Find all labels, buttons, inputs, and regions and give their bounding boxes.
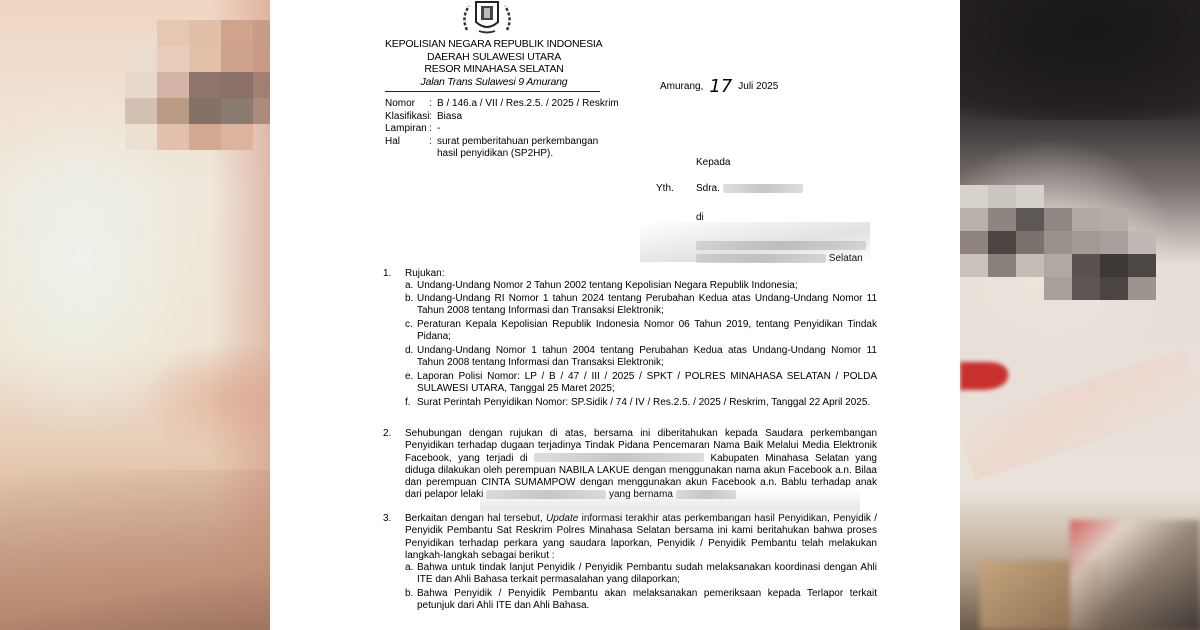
pixel-block: [1128, 231, 1156, 254]
item-letter: b.: [405, 293, 413, 305]
date-month-year: Juli 2025: [738, 81, 778, 92]
pixel-block: [1100, 277, 1128, 300]
item-letter: a.: [405, 562, 413, 574]
pixel-block: [988, 254, 1016, 277]
meta-key: Nomor: [385, 98, 429, 111]
meta-key: Lampiran: [385, 123, 429, 136]
item-letter: c.: [405, 319, 413, 331]
pixel-block: [1044, 231, 1072, 254]
section-title: Rujukan:: [405, 268, 877, 280]
right-censored-photo: [960, 0, 1200, 630]
recipient-sdra: Sdra.: [696, 183, 720, 194]
letter-date: Amurang, 17 Juli 2025: [660, 76, 778, 97]
item-letter: e.: [405, 371, 413, 383]
pixel-block: [960, 208, 988, 231]
pixel-block: [157, 124, 189, 150]
pixel-block: [189, 72, 221, 98]
pixel-block: [1016, 254, 1044, 277]
pixel-block: [960, 185, 988, 208]
letterhead-address: Jalan Trans Sulawesi 9 Amurang: [385, 76, 603, 89]
pixel-block: [125, 72, 157, 98]
pixel-block: [253, 46, 270, 72]
item-text: Laporan Polisi Nomor: LP / B / 47 / III …: [417, 371, 877, 396]
item-text: Bahwa untuk tindak lanjut Penyidik / Pen…: [417, 562, 877, 587]
pixel-block: [1072, 208, 1100, 231]
section-number: 2.: [383, 428, 391, 440]
pixel-block: [253, 20, 270, 46]
pixel-block: [189, 20, 221, 46]
pixel-block: [157, 46, 189, 72]
item-letter: f.: [405, 397, 411, 409]
pixel-block: [189, 124, 221, 150]
pixel-block: [221, 98, 253, 124]
pixel-block: [1100, 208, 1128, 231]
pixel-block: [125, 98, 157, 124]
pixel-block: [1016, 208, 1044, 231]
pixel-block: [221, 46, 253, 72]
letterhead-line: KEPOLISIAN NEGARA REPUBLIK INDONESIA: [385, 38, 603, 51]
item-letter: a.: [405, 280, 413, 292]
pixel-block: [1016, 231, 1044, 254]
pixel-block: [221, 72, 253, 98]
meta-colon: :: [429, 111, 437, 124]
watermark-overlay: [640, 222, 870, 262]
meta-row-lampiran: Lampiran : -: [385, 123, 667, 136]
pixel-block: [221, 20, 253, 46]
pixel-block: [253, 98, 270, 124]
recipient-name: Sdra.: [696, 183, 803, 194]
pixel-block: [125, 124, 157, 150]
item-text: Peraturan Kepala Kepolisian Republik Ind…: [417, 319, 877, 344]
meta-row-hal: Hal : surat pemberitahuan perkembangan h…: [385, 136, 667, 161]
pixel-block: [1044, 254, 1072, 277]
item-text: Undang-Undang Nomor 1 tahun 2004 tentang…: [417, 345, 877, 370]
pixel-block: [1016, 185, 1044, 208]
meta-colon: :: [429, 98, 437, 111]
meta-value: Biasa: [437, 111, 612, 124]
pixel-block: [960, 254, 988, 277]
pixel-block: [221, 124, 253, 150]
meta-value: B / 146.a / VII / Res.2.5. / 2025 / Resk…: [437, 98, 667, 111]
item-text: Bahwa Penyidik / Penyidik Pembantu akan …: [417, 588, 877, 613]
photo-lips: [960, 362, 1008, 390]
pixel-block: [988, 185, 1016, 208]
pixel-block: [157, 98, 189, 124]
meta-key: Hal: [385, 136, 429, 161]
pixel-block: [253, 72, 270, 98]
photo-background-items: [1070, 520, 1200, 630]
pixel-block: [1044, 277, 1072, 300]
item-letter: b.: [405, 588, 413, 600]
pixel-block: [1072, 254, 1100, 277]
meta-colon: :: [429, 136, 437, 161]
watermark-overlay: [480, 490, 860, 520]
pixel-block: [960, 231, 988, 254]
item-text: Undang-Undang Nomor 2 Tahun 2002 tentang…: [417, 280, 877, 292]
date-place: Amurang,: [660, 81, 703, 92]
pixel-block: [157, 72, 189, 98]
meta-row-klasifikasi: Klasifikasi : Biasa: [385, 111, 667, 124]
meta-key: Klasifikasi: [385, 111, 429, 124]
letterhead-divider: [385, 91, 600, 92]
photo-jaw-shadow: [0, 470, 270, 630]
pixel-block: [1100, 231, 1128, 254]
item-letter: d.: [405, 345, 413, 357]
pixel-block: [1072, 231, 1100, 254]
meta-value: -: [437, 123, 612, 136]
date-day-handwritten: 17: [709, 76, 732, 97]
police-emblem-icon: [459, 0, 515, 34]
item-text: Undang-Undang RI Nomor 1 tahun 2024 tent…: [417, 293, 877, 318]
meta-row-nomor: Nomor : B / 146.a / VII / Res.2.5. / 202…: [385, 98, 667, 111]
photo-hair: [960, 0, 1200, 120]
section-number: 3.: [383, 513, 391, 525]
pixel-block: [125, 46, 157, 72]
pixel-block: [1128, 254, 1156, 277]
section-number: 1.: [383, 268, 391, 280]
pixel-block: [189, 46, 221, 72]
recipient-kepada: Kepada: [696, 157, 730, 168]
redacted-location: [534, 453, 704, 462]
pixel-block: [1100, 254, 1128, 277]
letter-meta: Nomor : B / 146.a / VII / Res.2.5. / 202…: [385, 98, 667, 161]
letterhead: KEPOLISIAN NEGARA REPUBLIK INDONESIA DAE…: [385, 38, 603, 88]
redacted-name: [723, 184, 803, 193]
item-text: Surat Perintah Penyidikan Nomor: SP.Sidi…: [417, 397, 877, 409]
letterhead-line: DAERAH SULAWESI UTARA: [385, 51, 603, 64]
meta-colon: :: [429, 123, 437, 136]
section-paragraph: Berkaitan dengan hal tersebut, Update in…: [405, 513, 877, 562]
meta-value: surat pemberitahuan perkembangan hasil p…: [437, 136, 607, 161]
pixel-block: [988, 231, 1016, 254]
pixel-block: [1128, 277, 1156, 300]
pixel-block: [157, 20, 189, 46]
recipient-yth: Yth.: [656, 183, 674, 194]
pixel-block: [988, 208, 1016, 231]
left-censored-photo: [0, 0, 270, 630]
pixel-block: [1044, 208, 1072, 231]
letterhead-line: RESOR MINAHASA SELATAN: [385, 63, 603, 76]
pixel-block: [1072, 277, 1100, 300]
pixel-block: [189, 98, 221, 124]
